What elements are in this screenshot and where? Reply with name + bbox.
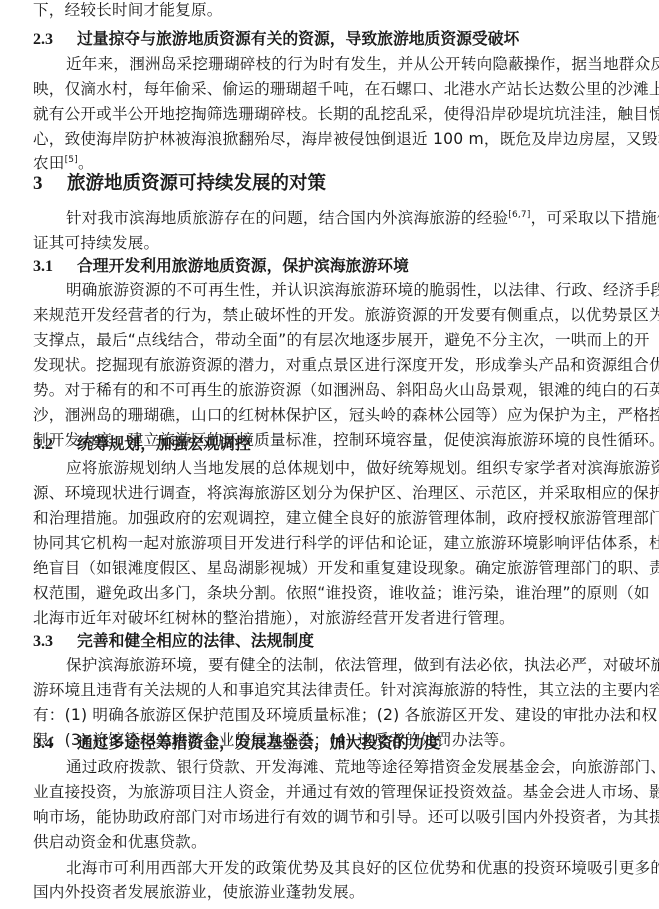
section-title: 完善和健全相应的法律、法规制度: [77, 631, 314, 650]
section-title: 通过多途径筹措资金，发展基金会，加大投资的力度: [77, 733, 440, 752]
line-text: 北海市可利用西部大开发的政策优势及其良好的区位优势和优惠的投资环境吸引更多的: [66, 859, 659, 877]
line-text: 绝盲目（如银滩度假区、星岛湖影视城）开发和重复建设现象。确定旅游管理部门的职、责…: [33, 559, 659, 577]
paragraph-line: 国内外投资者发展旅游业，使旅游业蓬勃发展。: [33, 882, 635, 902]
line-text: 明确旅游资源的不可再生性，并认识滨海旅游环境的脆弱性，以法律、行政、经济手段: [66, 281, 659, 299]
paragraph-line: 明确旅游资源的不可再生性，并认识滨海旅游环境的脆弱性，以法律、行政、经济手段: [66, 280, 635, 300]
paragraph-line: 游环境且违背有关法规的人和事追究其法律责任。针对滨海旅游的特性，其立法的主要内容: [33, 680, 635, 700]
line-text: 保护滨海旅游环境，要有健全的法制，依法管理，做到有法必依，执法必严，对破坏旅: [66, 656, 659, 674]
paragraph-line: 源、环境现状进行调查，将滨海旅游区划分为保护区、治理区、示范区，并采取相应的保护: [33, 483, 635, 503]
paragraph-line: 来规范开发经营者的行为，禁止破坏性的开发。旅游资源的开发要有侧重点，以优势景区为: [33, 305, 635, 325]
section-title: 旅游地质资源可持续发展的对策: [67, 173, 326, 194]
line-text: 针对我市滨海地质旅游存在的问题，结合国内外滨海旅游的经验: [66, 209, 508, 227]
line-text: 证其可持续发展。: [33, 234, 159, 252]
subsection-heading: 3.2统筹规划，加强宏观调控: [33, 434, 251, 455]
line-text: 北海市近年对破坏红树林的整治措施），对旅游经营开发者进行管理。: [33, 609, 515, 627]
section-title: 合理开发利用旅游地质资源，保护滨海旅游环境: [77, 256, 409, 275]
paragraph-line: 农田[5]。: [33, 153, 635, 173]
section-number: 3.4: [33, 734, 77, 754]
citation-reference: [5]: [65, 155, 78, 165]
line-text: 应将旅游规划纳人当地发展的总体规划中，做好统筹规划。组织专家学者对滨海旅游资: [66, 459, 659, 477]
line-text: 势。对于稀有的和不可再生的旅游资源（如涠洲岛、斜阳岛火山岛景观，银滩的纯白的石英: [33, 381, 659, 399]
section-number: 3.3: [33, 632, 77, 652]
line-text: 支撑点，最后“点线结合，带动全面”的有层次地逐步展开，避免不分主次，一哄而上的开: [33, 331, 650, 349]
paragraph-line: 通过政府拨款、银行贷款、开发海滩、荒地等途径筹措资金发展基金会，向旅游部门、企: [66, 757, 635, 777]
paragraph-line: 北海市可利用西部大开发的政策优势及其良好的区位优势和优惠的投资环境吸引更多的: [66, 858, 635, 878]
line-text: 国内外投资者发展旅游业，使旅游业蓬勃发展。: [33, 883, 365, 901]
paragraph-line: 针对我市滨海地质旅游存在的问题，结合国内外滨海旅游的经验[6,7]，可采取以下措…: [66, 208, 635, 228]
line-text: 权范围，避免政出多门，条块分割。依照“谁投资，谁收益；谁污染，谁治理”的原则（如: [33, 584, 650, 602]
line-text: 业直接投资，为旅游项目注人资金，并通过有效的管理保证投资效益。基金会进人市场、影: [33, 783, 659, 801]
paragraph-line: 北海市近年对破坏红树林的整治措施），对旅游经营开发者进行管理。: [33, 608, 635, 628]
line-text: 近年来，涠洲岛采挖珊瑚碎枝的行为时有发生，并从公开转向隐蔽操作，据当地群众反: [66, 55, 659, 73]
paragraph-line: 权范围，避免政出多门，条块分割。依照“谁投资，谁收益；谁污染，谁治理”的原则（如: [33, 583, 635, 603]
paragraph-line: 协同其它机构一起对旅游项目开发进行科学的评估和论证，建立旅游环境影响评估体系，杜: [33, 533, 635, 553]
line-text: 协同其它机构一起对旅游项目开发进行科学的评估和论证，建立旅游环境影响评估体系，杜: [33, 534, 659, 552]
line-text-tail: ，可采取以下措施保: [531, 209, 659, 227]
paragraph-line: 应将旅游规划纳人当地发展的总体规划中，做好统筹规划。组织专家学者对滨海旅游资: [66, 458, 635, 478]
section-number: 3.1: [33, 257, 77, 277]
line-text: 来规范开发经营者的行为，禁止破坏性的开发。旅游资源的开发要有侧重点，以优势景区为: [33, 306, 659, 324]
paper-page: 下，经较长时间才能复原。2.3过量掠夺与旅游地质资源有关的资源，导致旅游地质资源…: [0, 0, 659, 909]
line-text: 游环境且违背有关法规的人和事追究其法律责任。针对滨海旅游的特性，其立法的主要内容: [33, 681, 659, 699]
line-text: 沙，涠洲岛的珊瑚礁，山口的红树林保护区，冠头岭的森林公园等）应为保护为主，严格控: [33, 406, 659, 424]
paragraph-line: 有：(1) 明确各旅游区保护范围及环境质量标准；(2) 各旅游区开发、建设的审批…: [33, 705, 635, 725]
line-text: 心，致使海岸防护林被海浪掀翻殆尽，海岸被侵蚀倒退近 100 m，既危及岸边房屋，…: [33, 130, 659, 148]
line-text-tail: 。: [78, 154, 94, 172]
paragraph-line: 发现状。挖掘现有旅游资源的潜力，对重点景区进行深度开发，形成拳头产品和资源组合优: [33, 355, 635, 375]
paragraph-line: 供启动资金和优惠贷款。: [33, 832, 635, 852]
section-heading: 3旅游地质资源可持续发展的对策: [33, 172, 326, 196]
subsection-heading: 3.1合理开发利用旅游地质资源，保护滨海旅游环境: [33, 256, 409, 277]
section-number: 3: [33, 172, 67, 196]
section-title: 过量掠夺与旅游地质资源有关的资源，导致旅游地质资源受破坏: [77, 29, 519, 48]
line-text: 供启动资金和优惠贷款。: [33, 833, 207, 851]
paragraph-line: 证其可持续发展。: [33, 233, 635, 253]
section-number: 2.3: [33, 30, 77, 50]
citation-reference: [6,7]: [508, 210, 530, 220]
line-text: 映，仅滴水村，每年偷采、偷运的珊瑚超千吨，在石螺口、北港水产站长达数公里的沙滩上…: [33, 80, 659, 98]
paragraph-line: 绝盲目（如银滩度假区、星岛湖影视城）开发和重复建设现象。确定旅游管理部门的职、责…: [33, 558, 635, 578]
line-text: 响市场，能协助政府部门对市场进行有效的调节和引导。还可以吸引国内外投资者，为其提: [33, 808, 659, 826]
line-text: 农田: [33, 154, 65, 172]
line-text: 有：(1) 明确各旅游区保护范围及环境质量标准；(2) 各旅游区开发、建设的审批…: [33, 706, 657, 724]
line-text: 下，经较长时间才能复原。: [33, 1, 223, 19]
paragraph-line: 近年来，涠洲岛采挖珊瑚碎枝的行为时有发生，并从公开转向隐蔽操作，据当地群众反: [66, 54, 635, 74]
line-text: 发现状。挖掘现有旅游资源的潜力，对重点景区进行深度开发，形成拳头产品和资源组合优: [33, 356, 659, 374]
paragraph-line: 支撑点，最后“点线结合，带动全面”的有层次地逐步展开，避免不分主次，一哄而上的开: [33, 330, 635, 350]
paragraph-line: 响市场，能协助政府部门对市场进行有效的调节和引导。还可以吸引国内外投资者，为其提: [33, 807, 635, 827]
section-number: 3.2: [33, 435, 77, 455]
subsection-heading: 3.3完善和健全相应的法律、法规制度: [33, 631, 314, 652]
paragraph-line: 心，致使海岸防护林被海浪掀翻殆尽，海岸被侵蚀倒退近 100 m，既危及岸边房屋，…: [33, 129, 635, 149]
paragraph-line: 映，仅滴水村，每年偷采、偷运的珊瑚超千吨，在石螺口、北港水产站长达数公里的沙滩上…: [33, 79, 635, 99]
paragraph-line: 业直接投资，为旅游项目注人资金，并通过有效的管理保证投资效益。基金会进人市场、影: [33, 782, 635, 802]
line-text: 和治理措施。加强政府的宏观调控，建立健全良好的旅游管理体制，政府授权旅游管理部门: [33, 509, 659, 527]
paragraph-line: 势。对于稀有的和不可再生的旅游资源（如涠洲岛、斜阳岛火山岛景观，银滩的纯白的石英: [33, 380, 635, 400]
subsection-heading: 2.3过量掠夺与旅游地质资源有关的资源，导致旅游地质资源受破坏: [33, 29, 519, 50]
line-text: 源、环境现状进行调查，将滨海旅游区划分为保护区、治理区、示范区，并采取相应的保护: [33, 484, 659, 502]
paragraph-line: 和治理措施。加强政府的宏观调控，建立健全良好的旅游管理体制，政府授权旅游管理部门: [33, 508, 635, 528]
subsection-heading: 3.4通过多途径筹措资金，发展基金会，加大投资的力度: [33, 733, 440, 754]
line-text: 通过政府拨款、银行贷款、开发海滩、荒地等途径筹措资金发展基金会，向旅游部门、企: [66, 758, 659, 776]
paragraph-line: 沙，涠洲岛的珊瑚礁，山口的红树林保护区，冠头岭的森林公园等）应为保护为主，严格控: [33, 405, 635, 425]
line-text: 就有公开或半公开地挖掏筛选珊瑚碎枝。长期的乱挖乱采，使得沿岸砂堤坑坑洼洼，触目惊: [33, 105, 659, 123]
section-title: 统筹规划，加强宏观调控: [77, 434, 251, 453]
paragraph-line: 就有公开或半公开地挖掏筛选珊瑚碎枝。长期的乱挖乱采，使得沿岸砂堤坑坑洼洼，触目惊: [33, 104, 635, 124]
paragraph-line: 下，经较长时间才能复原。: [33, 0, 635, 20]
paragraph-line: 保护滨海旅游环境，要有健全的法制，依法管理，做到有法必依，执法必严，对破坏旅: [66, 655, 635, 675]
